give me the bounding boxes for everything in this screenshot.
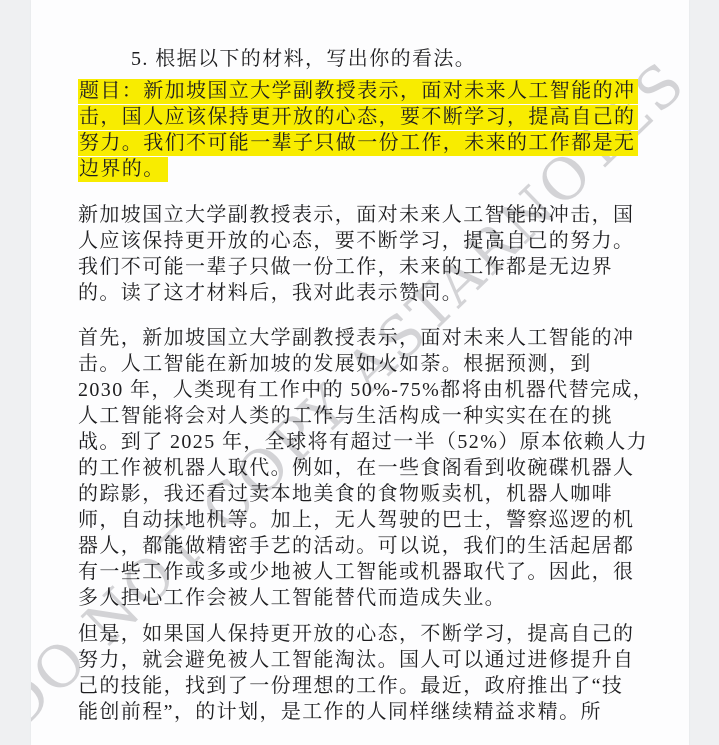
- text-line: 的。读了这才材料后，我对此表示赞同。: [78, 280, 661, 306]
- text-line: 击。人工智能在新加坡的发展如火如荼。根据预测，到: [78, 351, 661, 377]
- screen: DO NOT COPY ASTARNOTES 5. 根据以下的材料，写出你的看法…: [0, 0, 719, 745]
- text-line: 人应该保持更开放的心态，要不断学习，提高自己的努力。: [78, 228, 661, 254]
- paragraph-conclusion: 但是，如果国人保持更开放的心态，不断学习，提高自己的 努力，就会避免被人工智能淘…: [78, 621, 661, 725]
- text-line: 的工作被机器人取代。例如，在一些食阁看到收碗碟机器人: [78, 455, 661, 481]
- text-line: 能创前程”，的计划，是工作的人同样继续精益求精。所: [78, 699, 661, 725]
- text-line: 新加坡国立大学副教授表示，面对未来人工智能的冲击，国: [78, 202, 661, 228]
- left-gutter: [0, 0, 31, 745]
- text-line: 战。到了 2025 年，全球将有超过一半（52%）原本依赖人力: [78, 429, 661, 455]
- text-line: 己的技能，找到了一份理想的工作。最近，政府推出了“技: [78, 673, 661, 699]
- highlight-line: 击，国人应该保持更开放的心态，要不断学习，提高自己的: [78, 104, 661, 130]
- document-content: 5. 根据以下的材料，写出你的看法。 题目：新加坡国立大学副教授表示，面对未来人…: [31, 0, 689, 725]
- text-line: 的踪影，我还看过卖本地美食的食物贩卖机，机器人咖啡: [78, 481, 661, 507]
- text-line: 有一些工作或多或少地被人工智能或机器取代了。因此，很: [78, 559, 661, 585]
- highlighted-prompt: 题目：新加坡国立大学副教授表示，面对未来人工智能的冲 击，国人应该保持更开放的心…: [78, 78, 661, 182]
- text-line: 多人担心工作会被人工智能替代而造成失业。: [78, 585, 661, 611]
- text-line: 但是，如果国人保持更开放的心态，不断学习，提高自己的: [78, 621, 661, 647]
- text-line: 2030 年，人类现有工作中的 50%-75%都将由机器代替完成，: [78, 377, 661, 403]
- paragraph-body: 首先，新加坡国立大学副教授表示，面对未来人工智能的冲 击。人工智能在新加坡的发展…: [78, 325, 661, 611]
- text-line: 首先，新加坡国立大学副教授表示，面对未来人工智能的冲: [78, 325, 661, 351]
- highlight-line: 努力。我们不可能一辈子只做一份工作，未来的工作都是无: [78, 130, 661, 156]
- paragraph-intro: 新加坡国立大学副教授表示，面对未来人工智能的冲击，国 人应该保持更开放的心态，要…: [78, 202, 661, 306]
- question-number-line: 5. 根据以下的材料，写出你的看法。: [78, 46, 661, 73]
- text-line: 器人，都能做精密手艺的活动。可以说，我们的生活起居都: [78, 533, 661, 559]
- right-gutter: [689, 0, 719, 745]
- text-line: 我们不可能一辈子只做一份工作，未来的工作都是无边界: [78, 254, 661, 280]
- document-page: DO NOT COPY ASTARNOTES 5. 根据以下的材料，写出你的看法…: [31, 0, 689, 745]
- text-line: 努力，就会避免被人工智能淘汰。国人可以通过进修提升自: [78, 647, 661, 673]
- text-line: 人工智能将会对人类的工作与生活构成一种实实在在的挑: [78, 403, 661, 429]
- highlight-line: 题目：新加坡国立大学副教授表示，面对未来人工智能的冲: [78, 78, 661, 104]
- text-line: 师，自动抹地机等。加上，无人驾驶的巴士，警察巡逻的机: [78, 507, 661, 533]
- highlight-line: 边界的。: [78, 156, 661, 182]
